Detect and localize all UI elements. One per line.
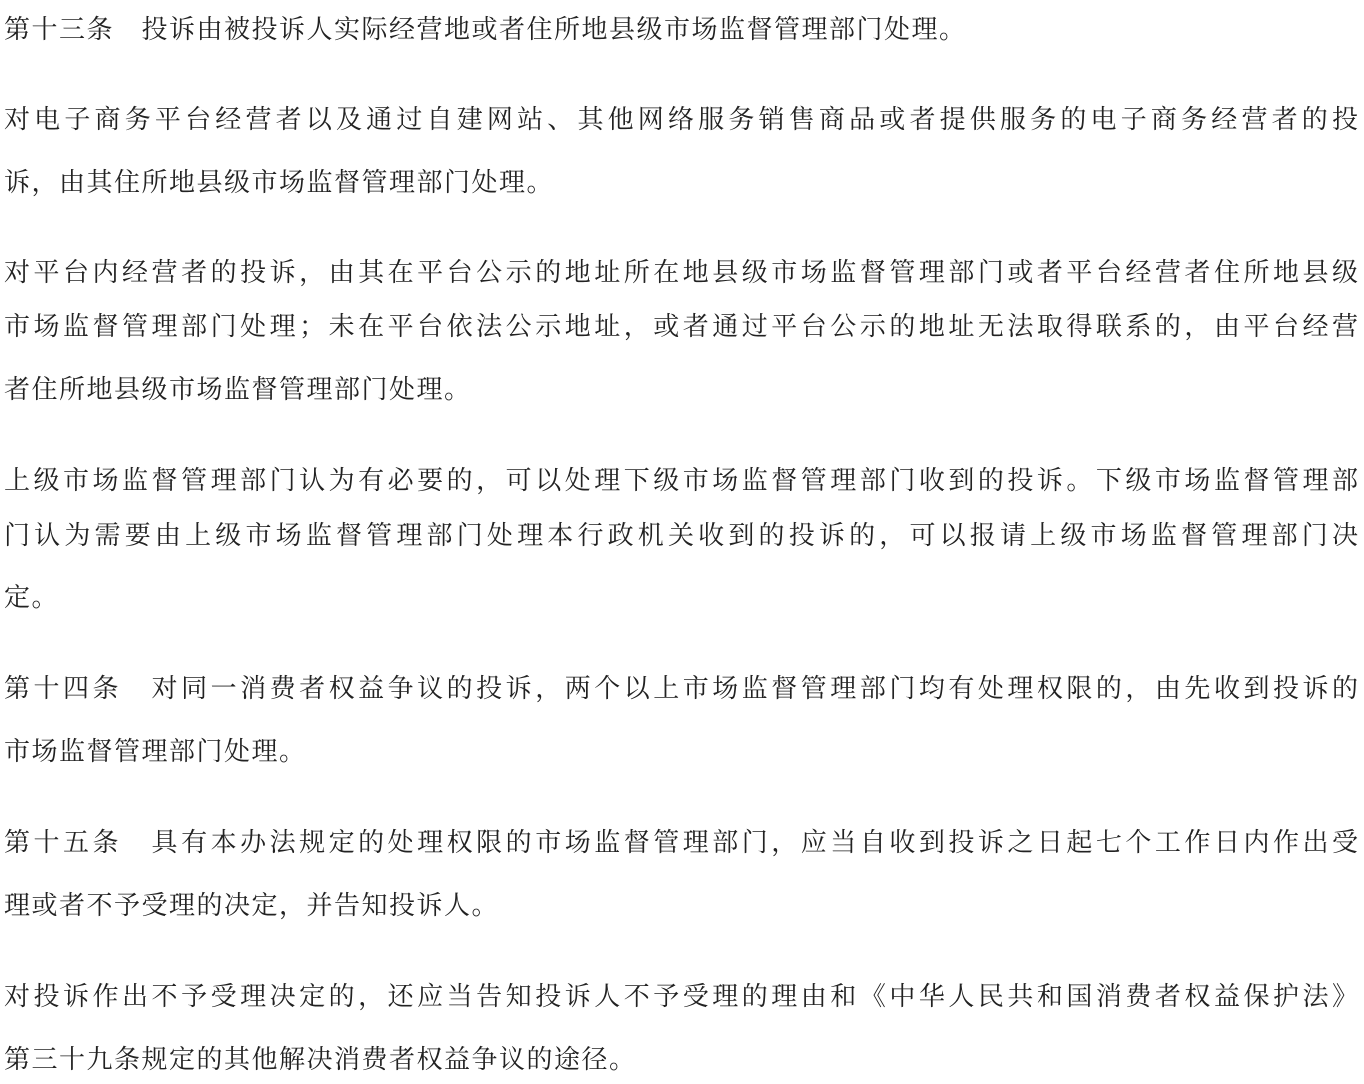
text-line: 第三十九条规定的其他解决消费者权益争议的途径。 bbox=[4, 1040, 1358, 1080]
text-line: 理或者不予受理的决定，并告知投诉人。 bbox=[4, 886, 1358, 926]
text-line: 定。 bbox=[4, 578, 1358, 618]
text-line: 对投诉作出不予受理决定的，还应当告知投诉人不予受理的理由和《中华人民共和国消费者… bbox=[4, 977, 1358, 1017]
text-line: 市场监督管理部门处理；未在平台依法公示地址，或者通过平台公示的地址无法取得联系的… bbox=[4, 307, 1358, 347]
text-line: 门认为需要由上级市场监督管理部门处理本行政机关收到的投诉的，可以报请上级市场监督… bbox=[4, 516, 1358, 556]
text-line: 第十四条 对同一消费者权益争议的投诉，两个以上市场监督管理部门均有处理权限的，由… bbox=[4, 669, 1358, 709]
text-line: 上级市场监督管理部门认为有必要的，可以处理下级市场监督管理部门收到的投诉。下级市… bbox=[4, 461, 1358, 501]
text-line: 对电子商务平台经营者以及通过自建网站、其他网络服务销售商品或者提供服务的电子商务… bbox=[4, 100, 1358, 140]
text-line: 诉，由其住所地县级市场监督管理部门处理。 bbox=[4, 163, 1358, 203]
text-line: 第十三条 投诉由被投诉人实际经营地或者住所地县级市场监督管理部门处理。 bbox=[4, 10, 1358, 50]
text-line: 第十五条 具有本办法规定的处理权限的市场监督管理部门，应当自收到投诉之日起七个工… bbox=[4, 823, 1358, 863]
text-line: 对平台内经营者的投诉，由其在平台公示的地址所在地县级市场监督管理部门或者平台经营… bbox=[4, 253, 1358, 293]
text-line: 者住所地县级市场监督管理部门处理。 bbox=[4, 370, 1358, 410]
text-line: 市场监督管理部门处理。 bbox=[4, 732, 1358, 772]
